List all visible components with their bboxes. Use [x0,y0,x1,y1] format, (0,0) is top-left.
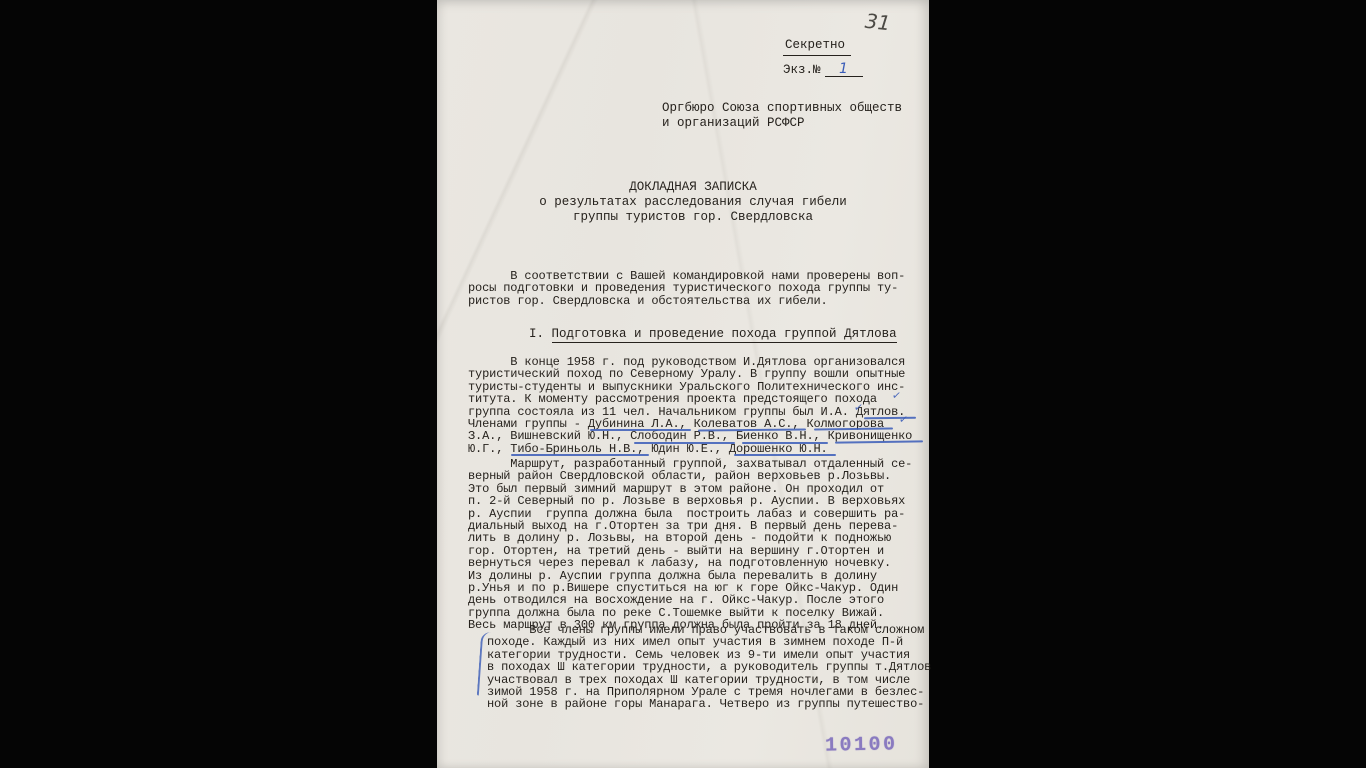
archive-stamp: 10100 [825,733,898,757]
secrecy-block: Секретно Экз.№1 [783,38,863,77]
text-line: и организаций РСФСР [662,116,902,131]
text-line: о результатах расследования случая гибел… [465,195,921,210]
pen-checkmark: ✓ [853,400,864,414]
pen-underline-slobodin [634,442,735,444]
text-line: ной зоне в районе горы Манарага. Четверо… [487,698,931,710]
text-line: п. 2-й Северный по р. Лозьве в верховья … [468,495,912,507]
text-line: ДОКЛАДНАЯ ЗАПИСКА [465,180,921,195]
paragraph-experience: Все члены группы имели право участвовать… [487,624,931,711]
pen-checkmark: ✓ [898,412,909,426]
text-line: титута. К моменту рассмотрения проекта п… [468,393,912,405]
pen-underline-bienko [742,442,828,444]
paragraph-route: Маршрут, разработанный группой, захватыв… [468,458,912,632]
handwritten-copy-number: 1 [825,63,863,77]
text-line: день отводился на восхождение на г. Ойкс… [468,594,912,606]
intro-paragraph: В соответствии с Вашей командировкой нам… [468,270,905,307]
pen-underline-thibeaux [511,454,649,456]
handwritten-page-number: 31 [864,9,892,36]
document-page: 31 Секретно Экз.№1 Оргбюро Союза спортив… [437,0,929,768]
document-title: ДОКЛАДНАЯ ЗАПИСКАо результатах расследов… [465,180,921,225]
copy-label: Экз.№ [783,63,821,77]
text-line: лить в долину р. Лозьвы, на второй день … [468,532,912,544]
text-line: росы подготовки и проведения туристическ… [468,282,905,294]
text-line: вернуться через перевал к лабазу, на под… [468,557,912,569]
text-line: ристов гор. Свердловска и обстоятельства… [468,295,905,307]
pen-checkmark: ✓ [891,388,902,402]
text-line: Оргбюро Союза спортивных обществ [662,101,902,116]
pen-underline-dubinina [590,429,691,431]
paragraph-group-preparation: В конце 1958 г. под руководством И.Дятло… [468,356,912,455]
text-line: походе. Каждый из них имел опыт участия … [487,636,931,648]
section-number: I. [529,327,552,341]
text-line: верный район Свердловской области, район… [468,470,912,482]
text-line: в походах Ш категории трудности, а руков… [487,661,931,673]
copy-number-line: Экз.№1 [783,63,863,77]
pen-underline-doroshenko [734,454,836,456]
secrecy-label: Секретно [783,38,851,56]
addressee-block: Оргбюро Союза спортивных обществи органи… [662,101,902,131]
section-heading-text: Подготовка и проведение похода группой Д… [552,327,897,343]
viewer-background: 31 Секретно Экз.№1 Оргбюро Союза спортив… [0,0,1366,768]
text-line: туристический поход по Северному Уралу. … [468,368,912,380]
text-line: группы туристов гор. Свердловска [465,210,921,225]
section-heading: I. Подготовка и проведение похода группо… [529,327,897,341]
